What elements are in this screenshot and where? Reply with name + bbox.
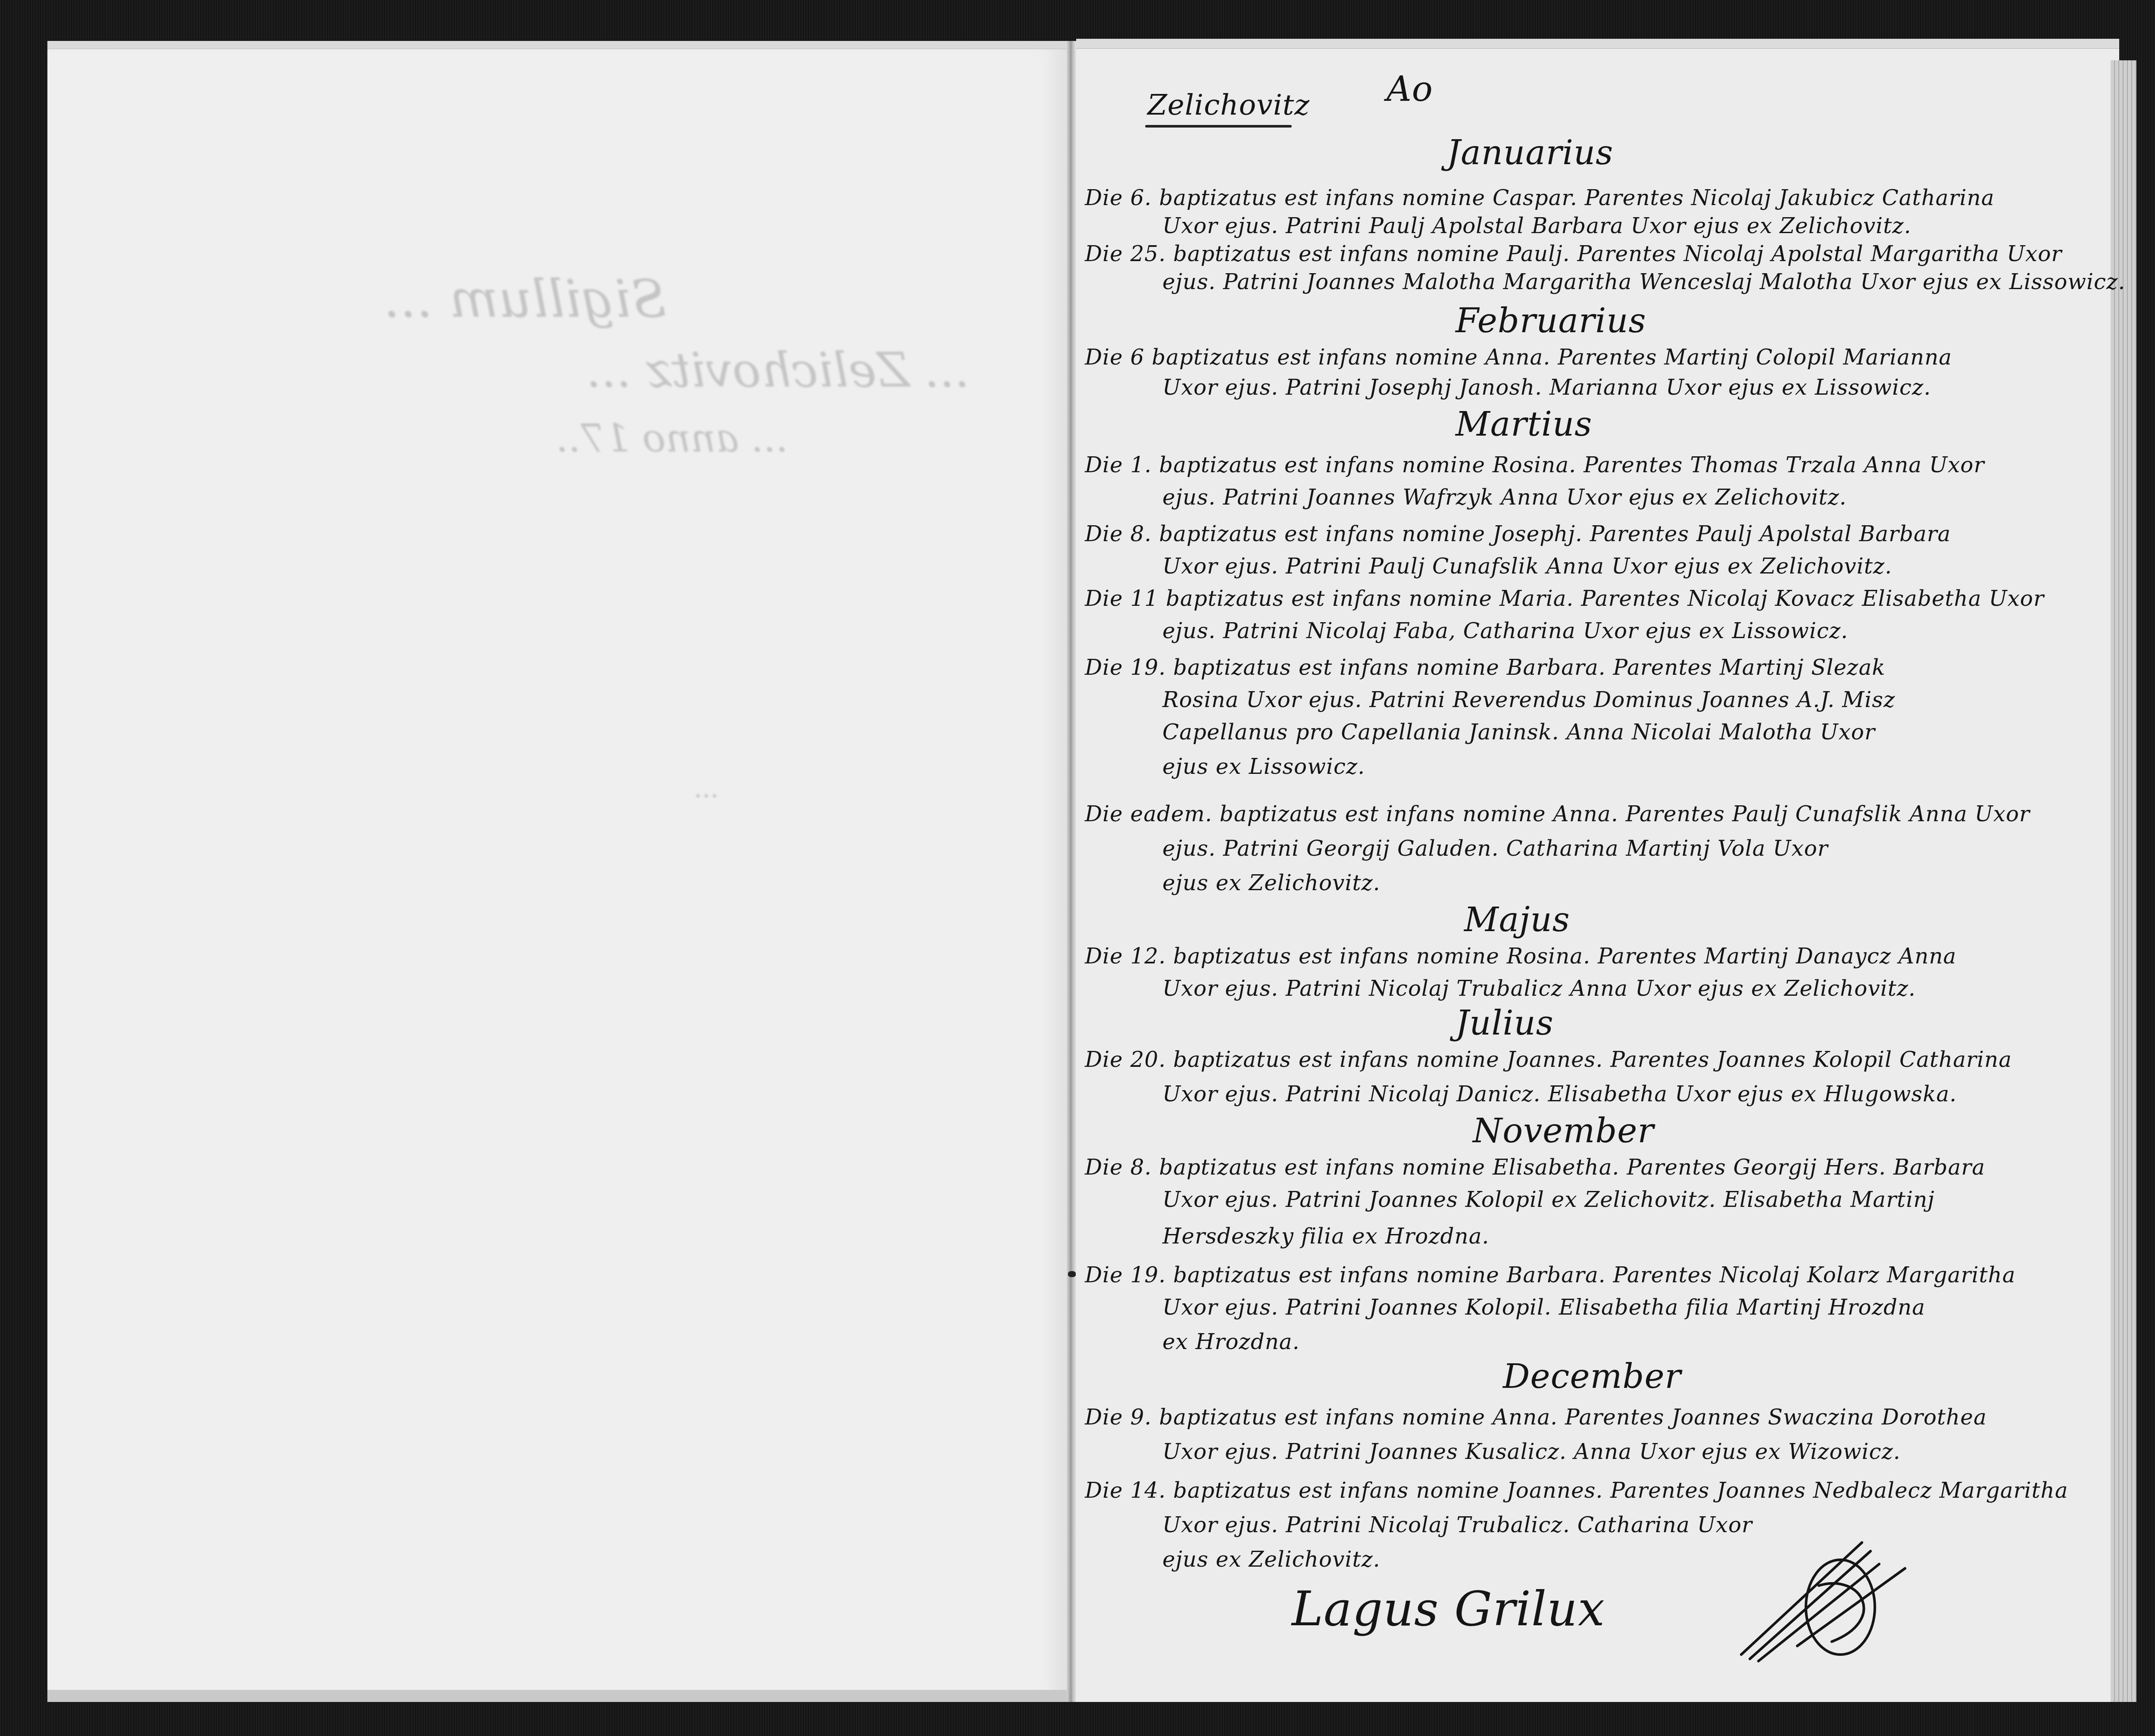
entry-line: ejus ex Zelichovitz. [1162,870,1380,895]
entry-line: Die 11 baptizatus est infans nomine Mari… [1085,586,2044,611]
entry-line: Hersdeszky filia ex Hrozdna. [1162,1224,1490,1249]
bleed-through-line: ... anno 17.. [556,416,788,461]
entry-line: ex Hrozdna. [1162,1329,1300,1354]
entry-line: Die 19. baptizatus est infans nomine Bar… [1085,655,1886,680]
entry-line: Uxor ejus. Patrini Joannes Kusalicz. Ann… [1162,1439,1901,1464]
entry-line: Uxor ejus. Patrini Nicolaj Trubalicz Ann… [1162,976,1916,1001]
entry-line: Die 8. baptizatus est infans nomine Jose… [1085,521,1951,546]
entry-line: ejus. Patrini Georgij Galuden. Catharina… [1162,836,1828,861]
month-heading-december: December [1503,1357,1681,1396]
entry-line: Uxor ejus. Patrini Josephj Janosh. Maria… [1162,375,1931,400]
right-page: Zelichovitz Ao Januarius Die 6. baptizat… [1076,43,2119,1702]
left-page-bottom-edge [47,1690,1067,1702]
entry-line: Uxor ejus. Patrini Paulj Cunafslik Anna … [1162,554,1892,579]
month-heading-julius: Julius [1455,1004,1554,1043]
bleed-through-line: ... Zelichovitz ... [586,343,970,398]
entry-line: Die 12. baptizatus est infans nomine Ros… [1085,944,1956,969]
entry-line: ejus ex Zelichovitz. [1162,1547,1380,1572]
entry-line: Uxor ejus. Patrini Nicolaj Trubalicz. Ca… [1162,1512,1752,1537]
left-page: Sigillum ... ... Zelichovitz ... ... ann… [47,41,1067,1702]
parish-heading-underline [1145,125,1292,128]
stacked-page-edges [2111,60,2136,1702]
entry-line: Die 9. baptizatus est infans nomine Anna… [1085,1405,1987,1430]
entry-line: ejus. Patrini Nicolaj Faba, Catharina Ux… [1162,618,1848,643]
entry-line: Die 14. baptizatus est infans nomine Joa… [1085,1478,2068,1503]
entry-line: ejus ex Lissowicz. [1162,754,1365,779]
right-page-top-edge [1076,39,2119,49]
entry-line: Uxor ejus. Patrini Joannes Kolopil. Elis… [1162,1295,1925,1320]
entry-line: Rosina Uxor ejus. Patrini Reverendus Dom… [1162,687,1895,712]
entry-line: ejus. Patrini Joannes Malotha Margaritha… [1162,269,2125,294]
entry-line: Uxor ejus. Patrini Paulj Apolstal Barbar… [1162,213,1911,238]
month-heading-februarius: Februarius [1455,302,1646,340]
book-gutter-fold [1067,41,1076,1702]
entry-line: Die 19. baptizatus est infans nomine Bar… [1085,1262,2016,1287]
left-page-top-edge [47,41,1067,49]
entry-line: Die 6 baptizatus est infans nomine Anna.… [1085,345,1952,370]
entry-line: Die 20. baptizatus est infans nomine Joa… [1085,1047,2012,1072]
parish-heading: Zelichovitz [1147,88,1310,122]
entry-line: ejus. Patrini Joannes Wafrzyk Anna Uxor … [1162,485,1847,510]
entry-line: Die eadem. baptizatus est infans nomine … [1085,801,2030,826]
paraph-flourish-icon [1733,1534,1914,1663]
month-heading-januarius: Januarius [1447,134,1613,172]
entry-line: Die 8. baptizatus est infans nomine Elis… [1085,1155,1985,1180]
bleed-through-line: Sigillum ... [384,269,666,329]
month-heading-martius: Martius [1455,405,1592,444]
binding-thread-hole [1068,1271,1076,1277]
entry-line: Uxor ejus. Patrini Nicolaj Danicz. Elisa… [1162,1081,1957,1106]
entry-line: Die 1. baptizatus est infans nomine Rosi… [1085,452,1984,477]
entry-line: Capellanus pro Capellania Janinsk. Anna … [1162,720,1875,745]
entry-line: Die 6. baptizatus est infans nomine Casp… [1085,185,1995,210]
month-heading-november: November [1473,1112,1654,1150]
bleed-through-line: ... [694,773,718,804]
corner-mark: Ao [1387,69,1433,109]
priest-signature: Lagus Grilux [1292,1581,1605,1636]
entry-line: Die 25. baptizatus est infans nomine Pau… [1085,241,2062,266]
entry-line: Uxor ejus. Patrini Joannes Kolopil ex Ze… [1162,1187,1935,1212]
month-heading-majus: Majus [1464,901,1570,939]
